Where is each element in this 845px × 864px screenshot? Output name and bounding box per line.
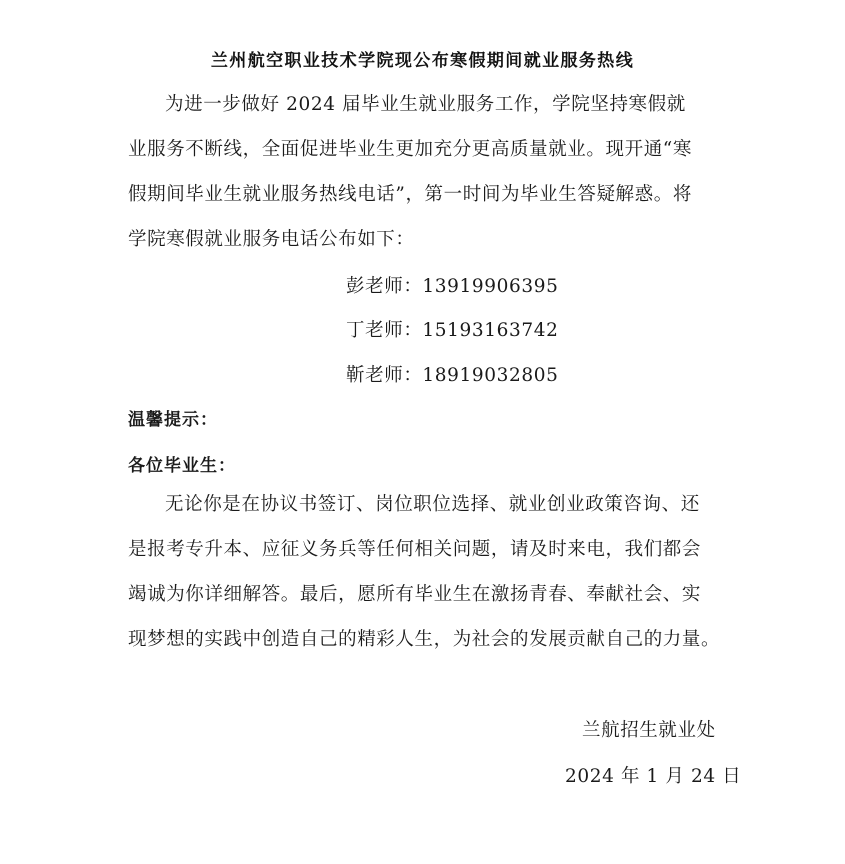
contact-phone: 15193163742	[422, 320, 558, 341]
intro-line: 假期间毕业生就业服务热线电话”，第一时间为毕业生答疑解惑。将	[128, 172, 720, 217]
body-line: 现梦想的实践中创造自己的精彩人生，为社会的发展贡献自己的力量。	[128, 617, 720, 662]
contact-separator: ：	[403, 320, 422, 341]
contact-separator: ：	[403, 365, 422, 386]
contact-name: 靳老师	[346, 365, 403, 386]
body-line: 竭诚为你详细解答。最后，愿所有毕业生在激扬青春、奉献社会、实	[128, 572, 720, 617]
greeting-heading: 各位毕业生：	[128, 451, 236, 476]
tip-heading: 温馨提示：	[128, 405, 218, 430]
notice-page: 兰州航空职业技术学院现公布寒假期间就业服务热线 为进一步做好 2024 届毕业生…	[0, 0, 845, 864]
intro-line: 为进一步做好 2024 届毕业生就业服务工作，学院坚持寒假就	[128, 82, 720, 127]
document-title: 兰州航空职业技术学院现公布寒假期间就业服务热线	[0, 46, 845, 71]
contact-entry: 丁老师：15193163742	[346, 316, 559, 342]
contact-entry: 靳老师：18919032805	[346, 361, 559, 387]
contact-separator: ：	[403, 276, 422, 297]
intro-line: 学院寒假就业服务电话公布如下：	[128, 217, 720, 262]
contact-phone: 18919032805	[422, 365, 558, 386]
body-line: 是报考专升本、应征义务兵等任何相关问题，请及时来电，我们都会	[128, 527, 720, 572]
intro-paragraph: 为进一步做好 2024 届毕业生就业服务工作，学院坚持寒假就 业服务不断线，全面…	[128, 82, 720, 262]
contact-name: 丁老师	[346, 320, 403, 341]
signature-date: 2024 年 1 月 24 日	[565, 762, 741, 788]
body-paragraph: 无论你是在协议书签订、岗位职位选择、就业创业政策咨询、还 是报考专升本、应征义务…	[128, 482, 720, 662]
contact-name: 彭老师	[346, 276, 403, 297]
intro-line: 业服务不断线，全面促进毕业生更加充分更高质量就业。现开通“寒	[128, 127, 720, 172]
contact-phone: 13919906395	[422, 276, 558, 297]
contact-entry: 彭老师：13919906395	[346, 272, 559, 298]
signature-department: 兰航招生就业处	[582, 716, 716, 742]
body-line: 无论你是在协议书签订、岗位职位选择、就业创业政策咨询、还	[128, 482, 720, 527]
